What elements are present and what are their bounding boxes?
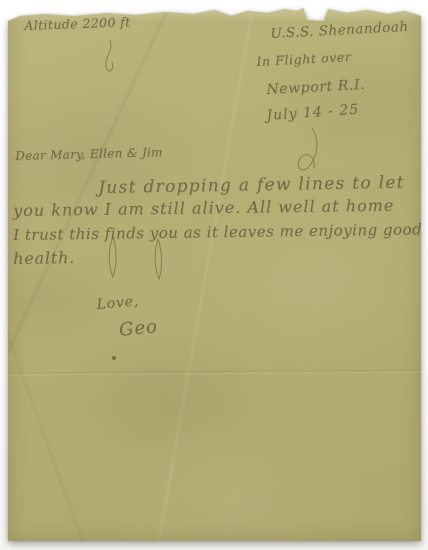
handwritten-body-line-4: health. bbox=[13, 248, 75, 268]
handwritten-signature: Geo bbox=[118, 316, 159, 341]
pen-flourish-icon bbox=[150, 238, 166, 282]
pen-flourish-icon bbox=[105, 236, 121, 280]
letter-paper: Altitude 2200 ft U.S.S. Shenandoah In Fl… bbox=[8, 5, 421, 541]
pen-flourish-icon bbox=[96, 38, 122, 80]
scan-background: Altitude 2200 ft U.S.S. Shenandoah In Fl… bbox=[0, 0, 428, 550]
pen-flourish-icon bbox=[290, 126, 324, 174]
pencil-dot-stain bbox=[112, 356, 116, 360]
paper-sheet: Altitude 2200 ft U.S.S. Shenandoah In Fl… bbox=[8, 5, 421, 541]
